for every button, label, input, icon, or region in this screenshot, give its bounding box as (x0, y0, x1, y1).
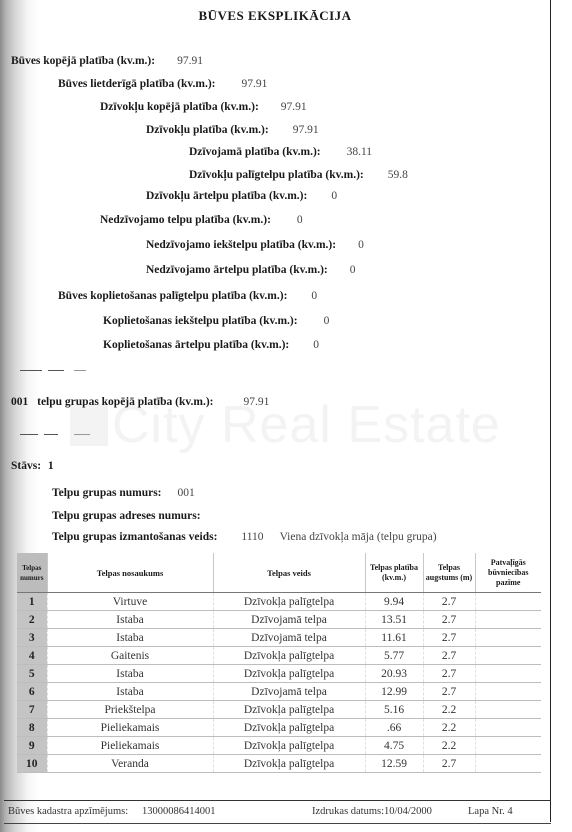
table-row: 1VirtuveDzīvokļa palīgtelpa9.942.7 (17, 593, 541, 611)
summary-line: Būves kopējā platība (kv.m.):97.91 (11, 55, 203, 67)
room-number-cell: 5 (17, 665, 47, 683)
summary-line: Koplietošanas iekštelpu platība (kv.m.):… (103, 315, 329, 327)
summary-value: 97.91 (281, 101, 307, 113)
summary-value: 0 (313, 339, 319, 351)
page-footer: Būves kadastra apzīmējums: 1300008641400… (4, 800, 551, 824)
table-row: 5IstabaDzīvokļa palīgtelpa20.932.7 (17, 665, 541, 683)
floor-value: 1 (48, 460, 54, 472)
unauthorized-construction-cell (475, 593, 541, 611)
summary-value: 0 (297, 214, 303, 226)
room-type-cell: Dzīvojamā telpa (213, 683, 365, 701)
room-area-cell: 12.59 (365, 755, 423, 773)
room-number-cell: 6 (17, 683, 47, 701)
summary-line: Nedzīvojamo telpu platība (kv.m.):0 (100, 214, 303, 226)
unauthorized-construction-cell (475, 665, 541, 683)
room-type-cell: Dzīvokļa palīgtelpa (213, 665, 365, 683)
room-name-cell: Istaba (47, 665, 213, 683)
room-name-cell: Istaba (47, 683, 213, 701)
summary-line: Nedzīvojamo ārtelpu platība (kv.m.):0 (146, 264, 356, 276)
summary-value: 38.11 (347, 146, 372, 158)
group-info-line: Telpu grupas adreses numurs: (52, 510, 217, 522)
floor-line: Stāvs: 1 (11, 460, 54, 472)
room-name-cell: Priekštelpa (47, 701, 213, 719)
room-type-cell: Dzīvokļa palīgtelpa (213, 755, 365, 773)
table-row: 9PieliekamaisDzīvokļa palīgtelpa4.752.2 (17, 737, 541, 755)
table-row: 7PriekštelpaDzīvokļa palīgtelpa5.162.2 (17, 701, 541, 719)
room-area-cell: 9.94 (365, 593, 423, 611)
group-number: 001 (11, 396, 28, 408)
room-name-cell: Istaba (47, 611, 213, 629)
room-number-cell: 9 (17, 737, 47, 755)
group-info-value: 1110 (241, 531, 263, 543)
room-type-cell: Dzīvokļa palīgtelpa (213, 647, 365, 665)
summary-value: 0 (350, 264, 356, 276)
summary-line: Dzīvojamā platība (kv.m.):38.11 (189, 146, 372, 158)
room-name-cell: Veranda (47, 755, 213, 773)
unauthorized-construction-cell (475, 629, 541, 647)
group-info-value: 001 (178, 487, 195, 499)
room-number-cell: 2 (17, 611, 47, 629)
separator (20, 434, 38, 435)
summary-label: Dzīvokļu palīgtelpu platība (kv.m.): (189, 169, 364, 181)
summary-line: Būves lietderīgā platība (kv.m.):97.91 (58, 78, 267, 90)
room-number-cell: 3 (17, 629, 47, 647)
header-room-type: Telpas veids (213, 553, 365, 593)
room-number-cell: 8 (17, 719, 47, 737)
room-height-cell: 2.2 (423, 737, 475, 755)
summary-line: Dzīvokļu platība (kv.m.):97.91 (146, 124, 319, 136)
room-height-cell: 2.7 (423, 593, 475, 611)
summary-line: Dzīvokļu palīgtelpu platība (kv.m.):59.8 (189, 169, 408, 181)
room-type-cell: Dzīvojamā telpa (213, 629, 365, 647)
room-name-cell: Virtuve (47, 593, 213, 611)
room-name-cell: Pieliekamais (47, 719, 213, 737)
summary-label: Būves koplietošanas palīgtelpu platība (… (58, 290, 287, 302)
room-number-cell: 4 (17, 647, 47, 665)
summary-label: Koplietošanas ārtelpu platība (kv.m.): (103, 339, 289, 351)
summary-value: 97.91 (177, 55, 203, 67)
room-height-cell: 2.7 (423, 647, 475, 665)
separator (74, 370, 86, 371)
room-height-cell: 2.7 (423, 665, 475, 683)
room-area-cell: 20.93 (365, 665, 423, 683)
print-date-label: Izdrukas datums: (312, 806, 384, 817)
summary-value: 0 (358, 239, 364, 251)
unauthorized-construction-cell (475, 647, 541, 665)
summary-line: Dzīvokļu kopējā platība (kv.m.):97.91 (100, 101, 307, 113)
room-height-cell: 2.2 (423, 701, 475, 719)
summary-label: Koplietošanas iekštelpu platība (kv.m.): (103, 315, 298, 327)
summary-line: Dzīvokļu ārtelpu platība (kv.m.):0 (146, 190, 337, 202)
summary-label: Nedzīvojamo iekštelpu platība (kv.m.): (146, 239, 336, 251)
room-height-cell: 2.2 (423, 719, 475, 737)
separator (48, 370, 64, 371)
unauthorized-construction-cell (475, 737, 541, 755)
table-row: 10VerandaDzīvokļa palīgtelpa12.592.7 (17, 755, 541, 773)
separator (74, 434, 90, 435)
unauthorized-construction-cell (475, 611, 541, 629)
table-row: 6IstabaDzīvojamā telpa12.992.7 (17, 683, 541, 701)
room-type-cell: Dzīvokļa palīgtelpa (213, 701, 365, 719)
separator (44, 434, 58, 435)
header-unauthorized-construction: Patvaļīgās būvniecības pazīme (475, 553, 541, 593)
room-number-cell: 7 (17, 701, 47, 719)
summary-label: Dzīvokļu ārtelpu platība (kv.m.): (146, 190, 307, 202)
page-number: Lapa Nr. 4 (468, 806, 513, 817)
room-area-cell: 13.51 (365, 611, 423, 629)
header-room-number: Telpas numurs (17, 553, 47, 593)
group-info-label: Telpu grupas adreses numurs: (52, 510, 201, 522)
room-type-cell: Dzīvojamā telpa (213, 611, 365, 629)
room-type-cell: Dzīvokļa palīgtelpa (213, 593, 365, 611)
summary-label: Nedzīvojamo ārtelpu platība (kv.m.): (146, 264, 328, 276)
room-height-cell: 2.7 (423, 683, 475, 701)
header-room-area: Telpas platība (kv.m.) (365, 553, 423, 593)
header-room-height: Telpas augstums (m) (423, 553, 475, 593)
summary-value: 97.91 (293, 124, 319, 136)
room-area-cell: 5.77 (365, 647, 423, 665)
summary-line: Koplietošanas ārtelpu platība (kv.m.):0 (103, 339, 319, 351)
summary-value: 97.91 (242, 78, 268, 90)
group-info-line: Telpu grupas izmantošanas veids:1110Vien… (52, 531, 437, 543)
summary-label: Dzīvokļu platība (kv.m.): (146, 124, 269, 136)
summary-label: Dzīvokļu kopējā platība (kv.m.): (100, 101, 259, 113)
summary-value: 0 (324, 315, 330, 327)
room-area-cell: .66 (365, 719, 423, 737)
room-name-cell: Pieliekamais (47, 737, 213, 755)
floor-label: Stāvs: (11, 460, 41, 472)
unauthorized-construction-cell (475, 755, 541, 773)
summary-value: 0 (311, 290, 317, 302)
summary-value: 0 (331, 190, 337, 202)
summary-value: 59.8 (388, 169, 408, 181)
watermark-logo-icon (70, 404, 108, 446)
room-number-cell: 10 (17, 755, 47, 773)
group-total-value: 97.91 (243, 396, 269, 408)
cadastre-label: Būves kadastra apzīmējums: (8, 806, 128, 817)
room-area-cell: 12.99 (365, 683, 423, 701)
room-height-cell: 2.7 (423, 755, 475, 773)
table-row: 8PieliekamaisDzīvokļa palīgtelpa.662.2 (17, 719, 541, 737)
room-name-cell: Gaitenis (47, 647, 213, 665)
group-total-line: 001 telpu grupas kopējā platība (kv.m.):… (11, 396, 269, 408)
print-date-value: 10/04/2000 (384, 806, 432, 817)
unauthorized-construction-cell (475, 683, 541, 701)
summary-line: Būves koplietošanas palīgtelpu platība (… (58, 290, 317, 302)
summary-label: Būves kopējā platība (kv.m.): (11, 55, 155, 67)
table-row: 3IstabaDzīvojamā telpa11.612.7 (17, 629, 541, 647)
unauthorized-construction-cell (475, 719, 541, 737)
group-total-label: telpu grupas kopējā platība (kv.m.): (37, 396, 213, 408)
group-info-label: Telpu grupas izmantošanas veids: (52, 531, 217, 543)
table-row: 4GaitenisDzīvokļa palīgtelpa5.772.7 (17, 647, 541, 665)
separator (20, 370, 42, 371)
room-name-cell: Istaba (47, 629, 213, 647)
group-info-line: Telpu grupas numurs:001 (52, 487, 195, 499)
page-border (550, 0, 551, 822)
room-number-cell: 1 (17, 593, 47, 611)
header-room-name: Telpas nosaukums (47, 553, 213, 593)
summary-line: Nedzīvojamo iekštelpu platība (kv.m.):0 (146, 239, 364, 251)
cadastre-value: 13000086414001 (142, 806, 216, 817)
group-info-label: Telpu grupas numurs: (52, 487, 162, 499)
summary-label: Būves lietderīgā platība (kv.m.): (58, 78, 216, 90)
summary-label: Dzīvojamā platība (kv.m.): (189, 146, 321, 158)
document-title: BŪVES EKSPLIKĀCIJA (0, 8, 550, 24)
table-header-row: Telpas numurs Telpas nosaukums Telpas ve… (17, 553, 541, 593)
room-height-cell: 2.7 (423, 611, 475, 629)
room-area-cell: 4.75 (365, 737, 423, 755)
unauthorized-construction-cell (475, 701, 541, 719)
summary-label: Nedzīvojamo telpu platība (kv.m.): (100, 214, 271, 226)
table-row: 2IstabaDzīvojamā telpa13.512.7 (17, 611, 541, 629)
room-height-cell: 2.7 (423, 629, 475, 647)
group-info-description: Viena dzīvokļa māja (telpu grupa) (280, 531, 437, 543)
room-type-cell: Dzīvokļa palīgtelpa (213, 737, 365, 755)
room-area-cell: 5.16 (365, 701, 423, 719)
room-type-cell: Dzīvokļa palīgtelpa (213, 719, 365, 737)
rooms-table: Telpas numurs Telpas nosaukums Telpas ve… (17, 553, 541, 773)
room-area-cell: 11.61 (365, 629, 423, 647)
